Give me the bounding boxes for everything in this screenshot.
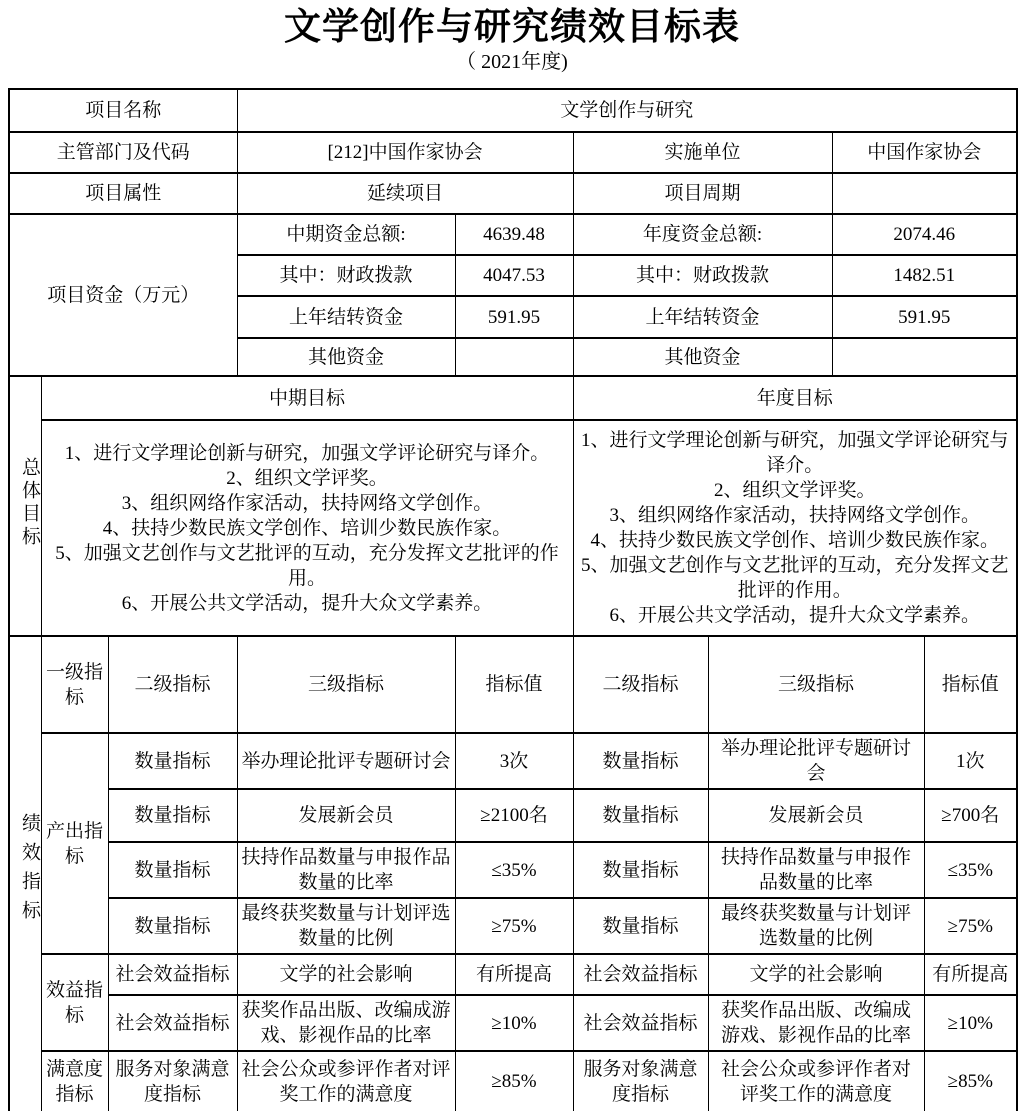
funds-mid-total-value: 4639.48 — [455, 214, 573, 255]
row4-level3-year: 最终获奖数量与计划评选数量的比例 — [708, 898, 924, 954]
table-row: 满意度指标 服务对象满意度指标 社会公众或参评作者对评奖工作的满意度 ≥85% … — [9, 1051, 1017, 1111]
row5-value-year: 有所提高 — [924, 954, 1017, 995]
row7-level2-year: 服务对象满意度指标 — [573, 1051, 708, 1111]
row5-value-mid: 有所提高 — [455, 954, 573, 995]
table-row: 数量指标 发展新会员 ≥2100名 数量指标 发展新会员 ≥700名 — [9, 789, 1017, 842]
row5-level2-mid: 社会效益指标 — [108, 954, 237, 995]
row1-level2-mid: 数量指标 — [108, 733, 237, 789]
row5-level2-year: 社会效益指标 — [573, 954, 708, 995]
row6-level2-year: 社会效益指标 — [573, 995, 708, 1051]
funds-year-other-label: 其他资金 — [573, 338, 832, 376]
row2-level3-year: 发展新会员 — [708, 789, 924, 842]
table-row: 数量指标 扶持作品数量与申报作品数量的比率 ≤35% 数量指标 扶持作品数量与申… — [9, 842, 1017, 898]
row3-value-year: ≤35% — [924, 842, 1017, 898]
row4-value-year: ≥75% — [924, 898, 1017, 954]
row3-level2-mid: 数量指标 — [108, 842, 237, 898]
header-level1: 一级指标 — [41, 636, 108, 733]
period-value — [832, 173, 1017, 214]
row3-level3-mid: 扶持作品数量与申报作品数量的比率 — [237, 842, 455, 898]
perf-label-cell: 绩效指标 — [9, 636, 41, 1111]
document-page: 文学创作与研究绩效目标表 （ 2021年度) 项目名称 文学创作与研究 主管部门… — [0, 0, 1024, 1111]
attr-value: 延续项目 — [237, 173, 573, 214]
row7-value-year: ≥85% — [924, 1051, 1017, 1111]
year-goal-header: 年度目标 — [573, 376, 1017, 420]
row7-level2-mid: 服务对象满意度指标 — [108, 1051, 237, 1111]
performance-target-table: 项目名称 文学创作与研究 主管部门及代码 [212]中国作家协会 实施单位 中国… — [8, 88, 1018, 1111]
mid-goal-header: 中期目标 — [41, 376, 573, 420]
row2-level2-year: 数量指标 — [573, 789, 708, 842]
funds-year-other-value — [832, 338, 1017, 376]
overall-goal-label: 总体目标 — [14, 457, 41, 549]
row4-level2-mid: 数量指标 — [108, 898, 237, 954]
row6-value-mid: ≥10% — [455, 995, 573, 1051]
funds-mid-carryover-label: 上年结转资金 — [237, 296, 455, 338]
year-goal-text: 1、进行文学理论创新与研究，加强文学评论研究与译介。 2、组织文学评奖。 3、组… — [573, 420, 1017, 636]
row6-level3-mid: 获奖作品出版、改编成游戏、影视作品的比率 — [237, 995, 455, 1051]
group-output-label: 产出指标 — [41, 733, 108, 954]
row1-level3-year: 举办理论批评专题研讨会 — [708, 733, 924, 789]
funds-mid-carryover-value: 591.95 — [455, 296, 573, 338]
project-name-label: 项目名称 — [9, 89, 237, 132]
header-value-year: 指标值 — [924, 636, 1017, 733]
table-row: 社会效益指标 获奖作品出版、改编成游戏、影视作品的比率 ≥10% 社会效益指标 … — [9, 995, 1017, 1051]
funds-year-total-label: 年度资金总额: — [573, 214, 832, 255]
group-benefit-label: 效益指标 — [41, 954, 108, 1051]
period-label: 项目周期 — [573, 173, 832, 214]
overall-goal-label-cell: 总体目标 — [9, 376, 41, 636]
row6-level2-mid: 社会效益指标 — [108, 995, 237, 1051]
row1-level3-mid: 举办理论批评专题研讨会 — [237, 733, 455, 789]
funds-year-fiscal-value: 1482.51 — [832, 255, 1017, 296]
row6-level3-year: 获奖作品出版、改编成游戏、影视作品的比率 — [708, 995, 924, 1051]
row5-level3-year: 文学的社会影响 — [708, 954, 924, 995]
perf-label: 绩效指标 — [14, 813, 41, 929]
mid-goal-text: 1、进行文学理论创新与研究，加强文学评论研究与译介。 2、组织文学评奖。 3、组… — [41, 420, 573, 636]
funds-mid-other-label: 其他资金 — [237, 338, 455, 376]
row2-level2-mid: 数量指标 — [108, 789, 237, 842]
table-row: 产出指标 数量指标 举办理论批评专题研讨会 3次 数量指标 举办理论批评专题研讨… — [9, 733, 1017, 789]
row4-level3-mid: 最终获奖数量与计划评选数量的比例 — [237, 898, 455, 954]
page-subtitle: （ 2021年度) — [0, 49, 1024, 75]
funds-mid-other-value — [455, 338, 573, 376]
row2-value-year: ≥700名 — [924, 789, 1017, 842]
row7-level3-mid: 社会公众或参评作者对评奖工作的满意度 — [237, 1051, 455, 1111]
page-title: 文学创作与研究绩效目标表 — [0, 0, 1024, 49]
row2-value-mid: ≥2100名 — [455, 789, 573, 842]
dept-label: 主管部门及代码 — [9, 132, 237, 173]
row1-level2-year: 数量指标 — [573, 733, 708, 789]
funds-mid-total-label: 中期资金总额: — [237, 214, 455, 255]
impl-unit-value: 中国作家协会 — [832, 132, 1017, 173]
row7-level3-year: 社会公众或参评作者对评奖工作的满意度 — [708, 1051, 924, 1111]
row3-level2-year: 数量指标 — [573, 842, 708, 898]
group-satisfaction-label: 满意度指标 — [41, 1051, 108, 1111]
row4-level2-year: 数量指标 — [573, 898, 708, 954]
row3-level3-year: 扶持作品数量与申报作品数量的比率 — [708, 842, 924, 898]
table-row: 数量指标 最终获奖数量与计划评选数量的比例 ≥75% 数量指标 最终获奖数量与计… — [9, 898, 1017, 954]
header-value-mid: 指标值 — [455, 636, 573, 733]
funds-mid-fiscal-value: 4047.53 — [455, 255, 573, 296]
row4-value-mid: ≥75% — [455, 898, 573, 954]
header-level3-mid: 三级指标 — [237, 636, 455, 733]
funds-mid-fiscal-label: 其中：财政拨款 — [237, 255, 455, 296]
funds-year-fiscal-label: 其中：财政拨款 — [573, 255, 832, 296]
funds-label: 项目资金（万元） — [9, 214, 237, 376]
row2-level3-mid: 发展新会员 — [237, 789, 455, 842]
row7-value-mid: ≥85% — [455, 1051, 573, 1111]
project-name-value: 文学创作与研究 — [237, 89, 1017, 132]
funds-year-carryover-label: 上年结转资金 — [573, 296, 832, 338]
impl-unit-label: 实施单位 — [573, 132, 832, 173]
funds-year-total-value: 2074.46 — [832, 214, 1017, 255]
attr-label: 项目属性 — [9, 173, 237, 214]
table-row: 效益指标 社会效益指标 文学的社会影响 有所提高 社会效益指标 文学的社会影响 … — [9, 954, 1017, 995]
header-level2-year: 二级指标 — [573, 636, 708, 733]
row6-value-year: ≥10% — [924, 995, 1017, 1051]
row1-value-mid: 3次 — [455, 733, 573, 789]
funds-year-carryover-value: 591.95 — [832, 296, 1017, 338]
row1-value-year: 1次 — [924, 733, 1017, 789]
header-level2-mid: 二级指标 — [108, 636, 237, 733]
dept-value: [212]中国作家协会 — [237, 132, 573, 173]
row5-level3-mid: 文学的社会影响 — [237, 954, 455, 995]
header-level3-year: 三级指标 — [708, 636, 924, 733]
row3-value-mid: ≤35% — [455, 842, 573, 898]
